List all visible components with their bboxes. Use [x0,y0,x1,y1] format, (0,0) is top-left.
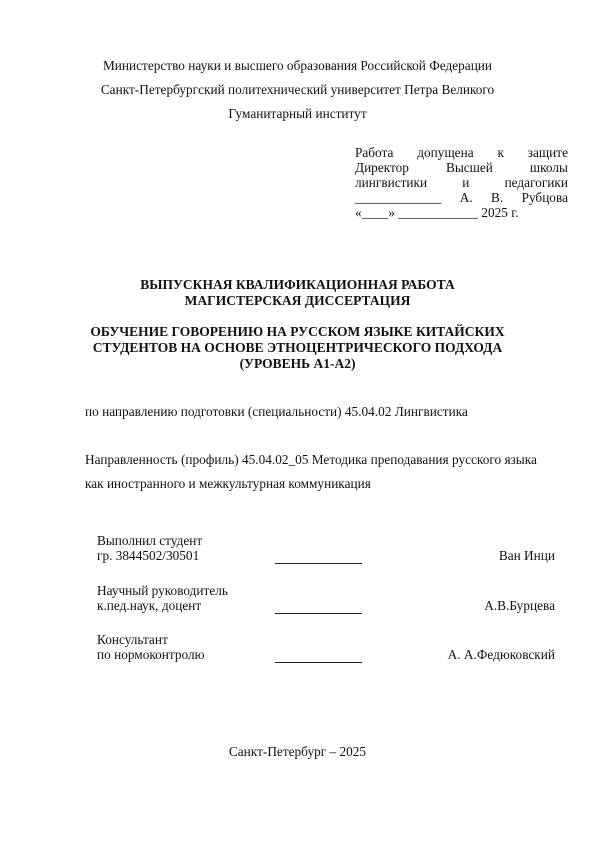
signature-student: Выполнил студент гр. 3844502/30501 Ван И… [97,533,555,565]
university-line: Санкт-Петербургский политехнический унив… [0,82,595,98]
signature-blank [275,548,362,564]
signature-blank [275,598,362,614]
signature-consultant: Консультант по нормоконтролю А. А.Федюко… [97,632,555,664]
approval-line-4: _____________ А. В. Рубцова [355,190,568,205]
approval-line-1: Работа допущена к защите [355,145,568,160]
direction-line: по направлению подготовки (специальности… [85,404,468,420]
approval-line-2: Директор Высшей школы [355,160,568,175]
ministry-line: Министерство науки и высшего образования… [0,58,595,74]
city-year: Санкт-Петербург – 2025 [0,744,595,760]
approval-line-3: лингвистики и педагогики [355,175,568,190]
approval-date-line: «____» ____________ 2025 г. [355,205,568,220]
institute-line: Гуманитарный институт [0,106,595,122]
signature-supervisor: Научный руководитель к.пед.наук, доцент … [97,583,555,615]
work-type: ВЫПУСКНАЯ КВАЛИФИКАЦИОННАЯ РАБОТА МАГИСТ… [0,277,595,309]
thesis-title: ОБУЧЕНИЕ ГОВОРЕНИЮ НА РУССКОМ ЯЗЫКЕ КИТА… [0,324,595,372]
signature-blank [275,647,362,663]
approval-block: Работа допущена к защите Директор Высшей… [355,145,568,220]
profile-line-2: как иностранного и межкультурная коммуни… [85,476,371,492]
profile-line-1: Направленность (профиль) 45.04.02_05 Мет… [85,452,537,468]
